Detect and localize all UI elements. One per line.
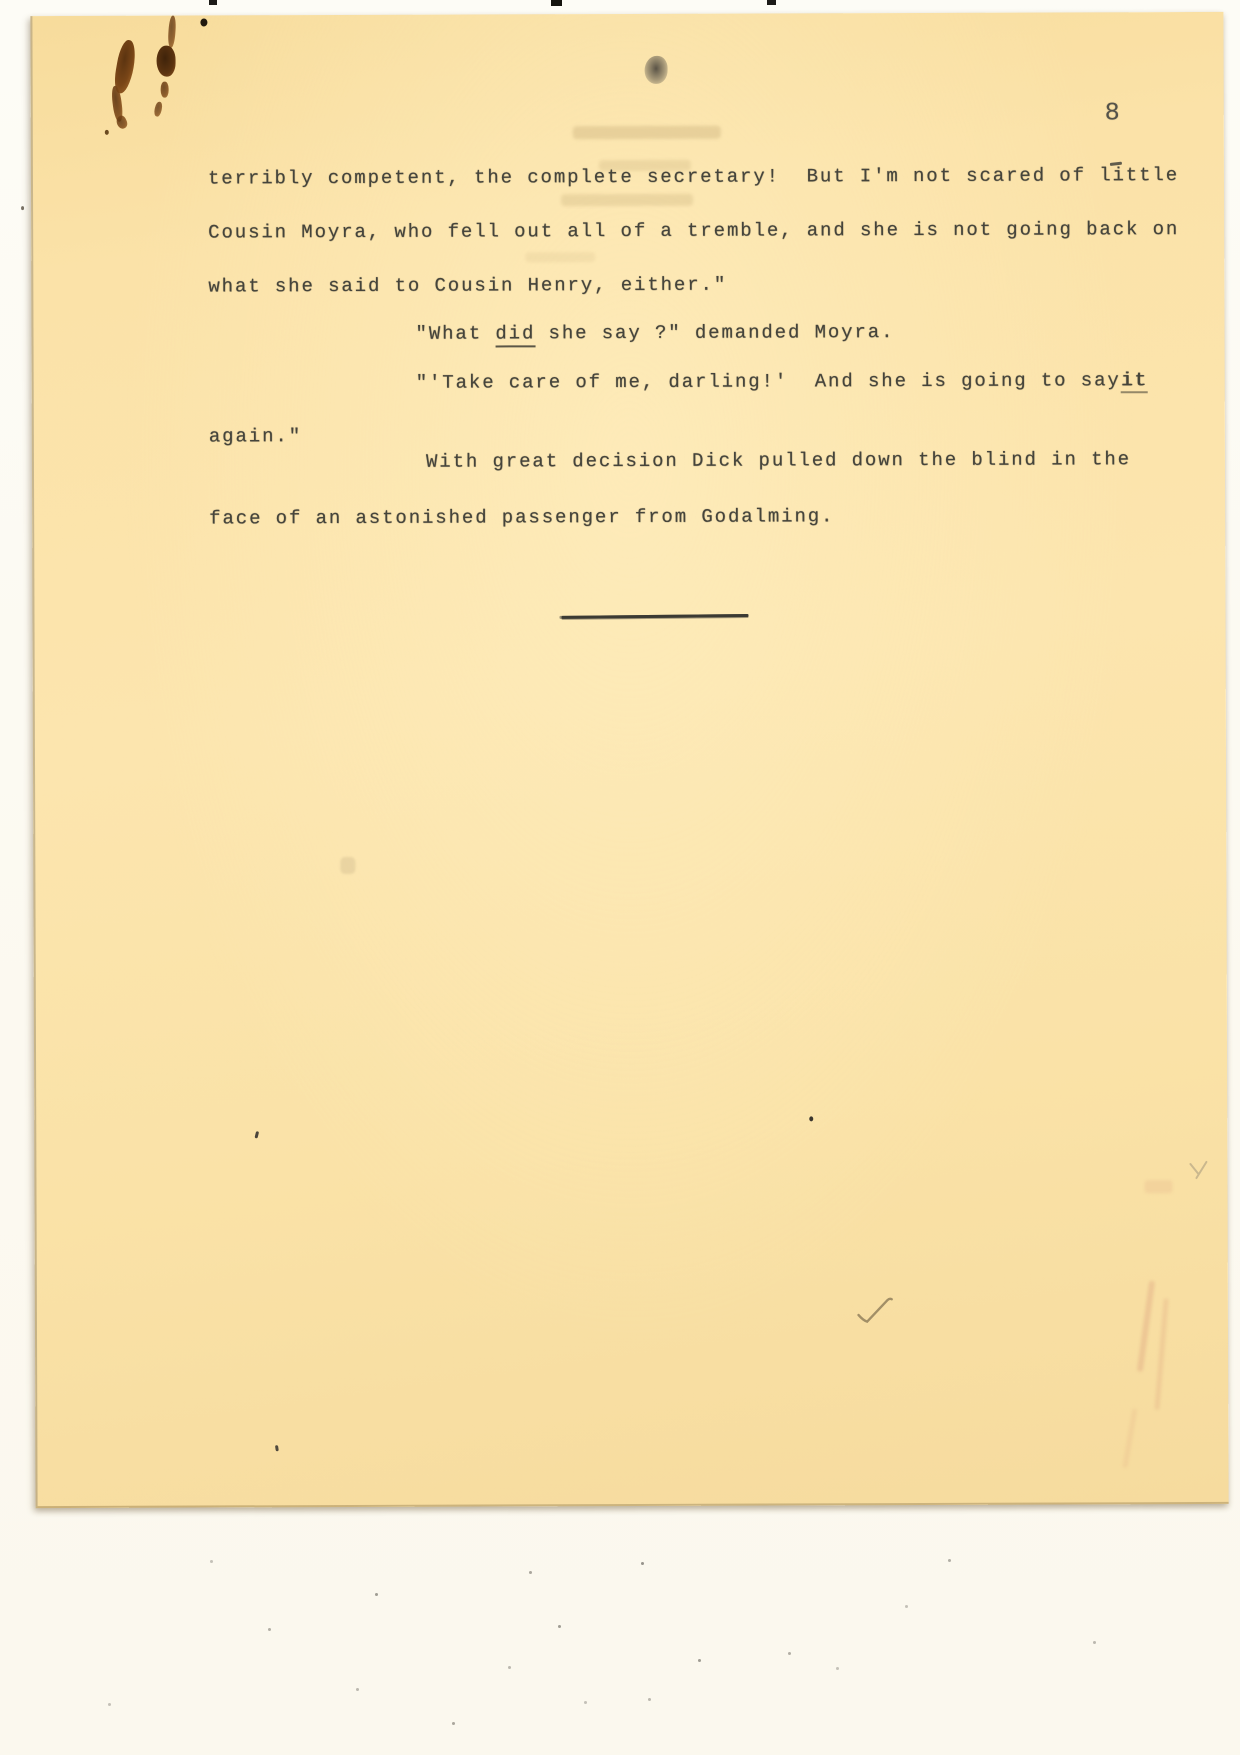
dust-speck xyxy=(905,1605,908,1608)
faint-smudge xyxy=(340,857,355,874)
dust-speck xyxy=(375,1593,378,1596)
dust-speck xyxy=(648,1698,651,1701)
ink-smudge xyxy=(645,56,668,84)
dust-speck xyxy=(836,1667,839,1670)
paper-speck xyxy=(275,1445,279,1451)
scan-background: 8 terribly competent, the complete secre… xyxy=(0,0,1240,1755)
dust-speck xyxy=(108,1703,111,1706)
dust-speck xyxy=(356,1688,359,1691)
dust-speck xyxy=(558,1625,561,1628)
typewritten-line: "'Take care of me, darling!' And she is … xyxy=(416,369,1148,394)
bleed-through-text xyxy=(32,12,1223,16)
dust-speck xyxy=(529,1571,532,1574)
pen-squiggle-mark xyxy=(1188,1160,1214,1180)
dust-speck xyxy=(452,1722,455,1725)
dust-speck xyxy=(948,1559,951,1562)
typewritten-line: face of an astonished passenger from God… xyxy=(209,505,834,529)
scanner-edge-mark xyxy=(209,0,217,5)
scanner-edge-mark xyxy=(767,0,776,5)
typewritten-line: With great decision Dick pulled down the… xyxy=(426,448,1131,472)
typewritten-line: "What did she say ?" demanded Moyra. xyxy=(415,321,894,345)
dust-speck xyxy=(210,1560,213,1563)
paper-speck xyxy=(809,1116,813,1121)
dust-speck xyxy=(1093,1641,1096,1644)
dust-speck xyxy=(788,1652,791,1655)
typewritten-line: terribly competent, the complete secreta… xyxy=(208,164,1179,189)
pink-streaks xyxy=(32,12,1223,16)
dust-speck xyxy=(584,1701,587,1704)
section-divider xyxy=(561,614,748,619)
typewritten-line: what she said to Cousin Henry, either." xyxy=(208,274,727,298)
ink-stain xyxy=(32,12,1223,16)
checkmark-pen-mark xyxy=(854,1294,896,1327)
scanner-edge-mark xyxy=(551,0,562,6)
dust-speck xyxy=(641,1562,644,1565)
paper-speck xyxy=(255,1131,260,1139)
paper-speck xyxy=(21,206,24,210)
manuscript-page: 8 terribly competent, the complete secre… xyxy=(30,12,1228,1508)
dust-speck xyxy=(508,1666,511,1669)
dust-speck xyxy=(268,1628,271,1631)
dust-speck xyxy=(698,1659,701,1662)
typewritten-line: Cousin Moyra, who fell out all of a trem… xyxy=(208,218,1179,243)
page-number: 8 xyxy=(1105,98,1121,127)
pink-smudge xyxy=(1144,1180,1172,1193)
typewritten-line: again." xyxy=(209,425,302,447)
typewritten-text: terribly competent, the complete secreta… xyxy=(32,12,1223,16)
